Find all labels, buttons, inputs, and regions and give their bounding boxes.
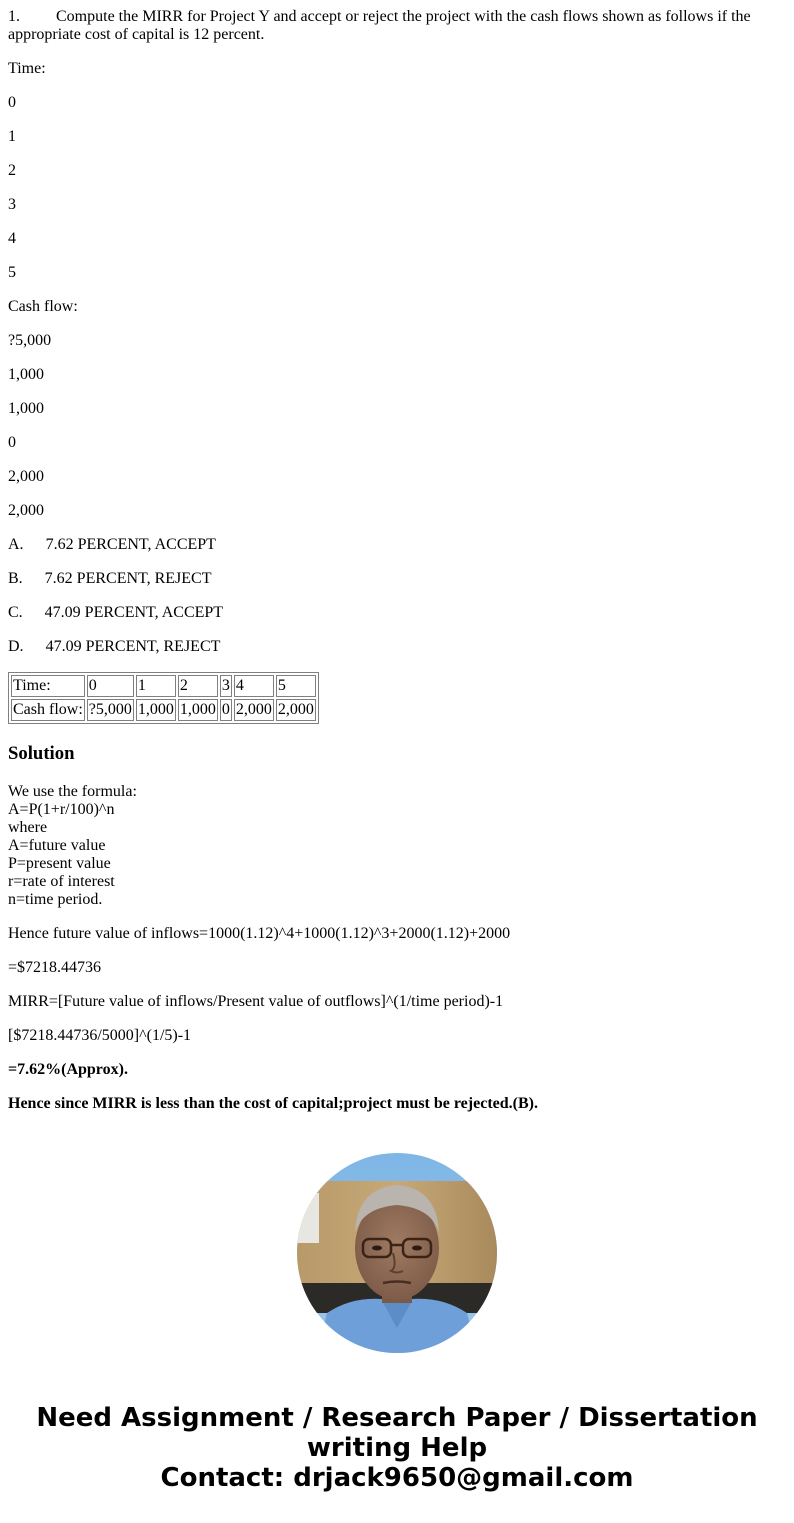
time-value: 0 xyxy=(8,94,786,112)
table-cell: 2,000 xyxy=(276,699,316,721)
document-body: 1.Compute the MIRR for Project Y and acc… xyxy=(0,0,794,1113)
table-cell: 3 xyxy=(220,675,232,697)
mirr-calc: [$7218.44736/5000]^(1/5)-1 xyxy=(8,1027,786,1045)
table-row: Time: 0 1 2 3 4 5 xyxy=(11,675,316,697)
question-number: 1. xyxy=(8,8,20,25)
cashflow-value: 2,000 xyxy=(8,468,786,486)
time-value: 3 xyxy=(8,196,786,214)
solution-heading: Solution xyxy=(8,743,786,765)
promo-line: writing Help xyxy=(0,1433,794,1463)
avatar xyxy=(297,1153,497,1353)
promo-banner: Need Assignment / Research Paper / Disse… xyxy=(0,1403,794,1493)
conclusion: Hence since MIRR is less than the cost o… xyxy=(8,1095,786,1113)
mirr-result: =7.62%(Approx). xyxy=(8,1061,786,1079)
formula-line: We use the formula: xyxy=(8,783,786,801)
formula-line: where xyxy=(8,819,786,837)
cashflow-value: ?5,000 xyxy=(8,332,786,350)
cashflow-label: Cash flow: xyxy=(8,298,786,316)
cashflow-table: Time: 0 1 2 3 4 5 Cash flow: ?5,000 1,00… xyxy=(8,672,319,724)
table-cell: 0 xyxy=(87,675,134,697)
time-value: 4 xyxy=(8,230,786,248)
table-cell: 5 xyxy=(276,675,316,697)
contact-email: Contact: drjack9650@gmail.com xyxy=(0,1463,794,1493)
cashflow-value: 1,000 xyxy=(8,400,786,418)
table-cell: 1,000 xyxy=(178,699,218,721)
table-cell: 2 xyxy=(178,675,218,697)
formula-block: We use the formula: A=P(1+r/100)^n where… xyxy=(8,783,786,909)
promo-line: Need Assignment / Research Paper / Disse… xyxy=(0,1403,794,1433)
table-cell: Cash flow: xyxy=(11,699,85,721)
time-value: 1 xyxy=(8,128,786,146)
time-value: 5 xyxy=(8,264,786,282)
time-label: Time: xyxy=(8,60,786,78)
formula-line: A=P(1+r/100)^n xyxy=(8,801,786,819)
time-value: 2 xyxy=(8,162,786,180)
formula-line: P=present value xyxy=(8,855,786,873)
portrait-photo-icon xyxy=(297,1153,497,1353)
mirr-formula: MIRR=[Future value of inflows/Present va… xyxy=(8,993,786,1011)
option-d: D.47.09 PERCENT, REJECT xyxy=(8,638,786,656)
table-cell: 2,000 xyxy=(234,699,274,721)
table-row: Cash flow: ?5,000 1,000 1,000 0 2,000 2,… xyxy=(11,699,316,721)
table-cell: 1,000 xyxy=(136,699,176,721)
cashflow-value: 2,000 xyxy=(8,502,786,520)
formula-line: n=time period. xyxy=(8,891,786,909)
fv-result: =$7218.44736 xyxy=(8,959,786,977)
table-cell: Time: xyxy=(11,675,85,697)
table-cell: 4 xyxy=(234,675,274,697)
formula-line: r=rate of interest xyxy=(8,873,786,891)
cashflow-value: 0 xyxy=(8,434,786,452)
option-b: B.7.62 PERCENT, REJECT xyxy=(8,570,786,588)
table-cell: 0 xyxy=(220,699,232,721)
option-a: A.7.62 PERCENT, ACCEPT xyxy=(8,536,786,554)
table-cell: ?5,000 xyxy=(87,699,134,721)
fv-line: Hence future value of inflows=1000(1.12)… xyxy=(8,925,786,943)
cashflow-value: 1,000 xyxy=(8,366,786,384)
formula-line: A=future value xyxy=(8,837,786,855)
option-c: C.47.09 PERCENT, ACCEPT xyxy=(8,604,786,622)
table-cell: 1 xyxy=(136,675,176,697)
question-text: 1.Compute the MIRR for Project Y and acc… xyxy=(8,8,786,44)
